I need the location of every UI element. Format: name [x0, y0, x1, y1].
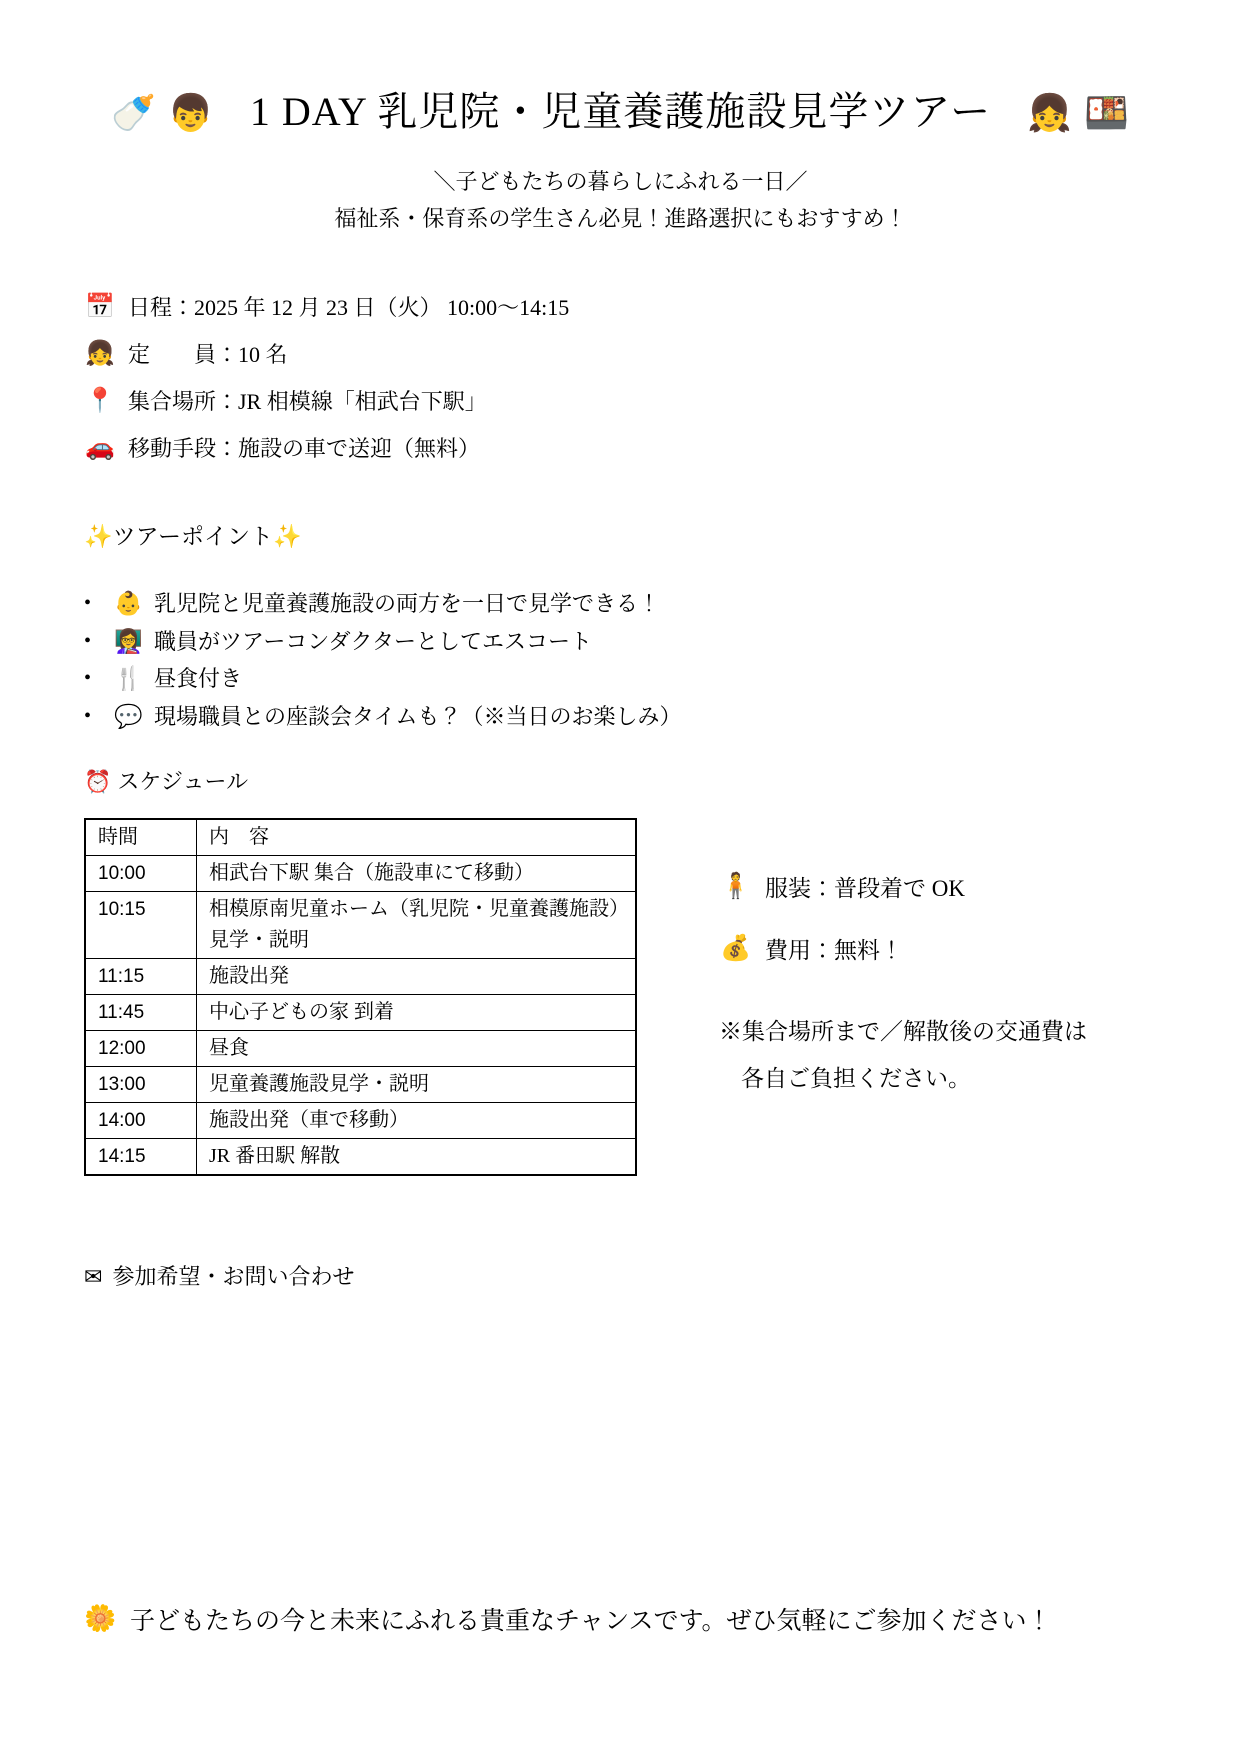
car-icon: 🚗: [84, 433, 116, 462]
remark-line-1: ※集合場所まで／解散後の交通費は: [719, 1008, 1157, 1055]
schedule-heading-text: スケジュール: [117, 769, 248, 794]
schedule-content-cell: 施設出発: [197, 959, 637, 995]
schedule-table: 時間 内 容 10:00 相武台下駅 集合（施設車にて移動） 10:15 相模原…: [84, 818, 637, 1176]
money-bag-icon: 💰: [719, 934, 753, 963]
list-bullet: •: [84, 698, 112, 736]
side-note-clothing-text: 服装：普段着で OK: [765, 870, 965, 903]
girl-icon: 👧: [1027, 93, 1073, 133]
event-details: 📅 日程：2025 年 12 月 23 日（火） 10:00～14:15 👧 定…: [84, 291, 1157, 462]
detail-item-meeting-place: 📍 集合場所：JR 相模線「相武台下駅」: [84, 385, 1157, 415]
schedule-row: 14:15 JR 番田駅 解散: [85, 1139, 636, 1176]
speech-balloon-icon: 💬: [112, 698, 154, 736]
detail-meeting-place-text: 集合場所：JR 相模線「相武台下駅」: [128, 385, 487, 416]
detail-item-capacity: 👧 定 員：10 名: [84, 338, 1157, 368]
schedule-content-cell: 中心子どもの家 到着: [197, 995, 637, 1031]
remark-line-2: 各自ご負担ください。: [719, 1055, 1157, 1102]
tour-point-text: 現場職員との座談会タイムも？（※当日のお楽しみ）: [154, 698, 682, 736]
schedule-time-cell: 10:00: [85, 856, 197, 892]
baby-icon: 👶: [112, 585, 154, 623]
list-bullet: •: [84, 585, 112, 623]
schedule-row: 11:45 中心子どもの家 到着: [85, 995, 636, 1031]
schedule-row: 13:00 児童養護施設見学・説明: [85, 1067, 636, 1103]
contact-heading: ✉参加希望・お問い合わせ: [84, 1260, 1157, 1291]
schedule-time-cell: 13:00: [85, 1067, 197, 1103]
subtitle: ＼子どもたちの暮らしにふれる一日／ 福祉系・保育系の学生さん必見！進路選択にもお…: [84, 163, 1157, 237]
detail-item-date: 📅 日程：2025 年 12 月 23 日（火） 10:00～14:15: [84, 291, 1157, 321]
tour-point-item: • 👶 乳児院と児童養護施設の両方を一日で見学できる！: [84, 585, 1157, 623]
tour-points-heading: ✨ツアーポイント✨: [84, 518, 1157, 551]
tour-point-text: 昼食付き: [154, 660, 242, 698]
flyer-page: 🍼 👦 1 DAY 乳児院・児童養護施設見学ツアー 👧 🍱 ＼子どもたちの暮らし…: [0, 0, 1241, 1755]
schedule-row: 10:15 相模原南児童ホーム（乳児院・児童養護施設）見学・説明: [85, 892, 636, 959]
tour-point-text: 職員がツアーコンダクターとしてエスコート: [154, 623, 592, 661]
envelope-icon: ✉: [84, 1264, 102, 1289]
detail-capacity-text: 定 員：10 名: [128, 338, 288, 369]
bento-box-icon: 🍱: [1084, 93, 1130, 133]
closing-message-text: 子どもたちの今と未来にふれる貴重なチャンスです。ぜひ気軽にご参加ください！: [130, 1601, 1052, 1637]
schedule-content-cell: 昼食: [197, 1031, 637, 1067]
schedule-col-content: 内 容: [197, 819, 637, 856]
schedule-content-cell: JR 番田駅 解散: [197, 1139, 637, 1176]
round-pushpin-icon: 📍: [84, 386, 116, 415]
page-title-text: 1 DAY 乳児院・児童養護施設見学ツアー: [250, 89, 991, 134]
list-bullet: •: [84, 660, 112, 698]
schedule-time-cell: 11:15: [85, 959, 197, 995]
tour-point-text: 乳児院と児童養護施設の両方を一日で見学できる！: [154, 585, 660, 623]
schedule-time-cell: 14:15: [85, 1139, 197, 1176]
schedule-header-row: 時間 内 容: [85, 819, 636, 856]
schedule-time-cell: 14:00: [85, 1103, 197, 1139]
schedule-section: 時間 内 容 10:00 相武台下駅 集合（施設車にて移動） 10:15 相模原…: [84, 818, 1157, 1176]
teacher-icon: 👩‍🏫: [112, 623, 154, 661]
schedule-content-cell: 相武台下駅 集合（施設車にて移動）: [197, 856, 637, 892]
detail-date-text: 日程：2025 年 12 月 23 日（火） 10:00～14:15: [128, 291, 569, 322]
tour-point-item: • 👩‍🏫 職員がツアーコンダクターとしてエスコート: [84, 623, 1157, 661]
subtitle-line-2: 福祉系・保育系の学生さん必見！進路選択にもおすすめ！: [84, 200, 1157, 237]
schedule-time-cell: 10:15: [85, 892, 197, 959]
calendar-icon: 📅: [84, 292, 116, 321]
girl-icon: 👧: [84, 339, 116, 368]
side-note-clothing: 🧍 服装：普段着で OK: [719, 870, 1157, 902]
closing-message: 🌼 子どもたちの今と未来にふれる貴重なチャンスです。ぜひ気軽にご参加ください！: [84, 1601, 1157, 1637]
contact-heading-text: 参加希望・お問い合わせ: [112, 1264, 354, 1289]
detail-transport-text: 移動手段：施設の車で送迎（無料）: [128, 432, 480, 463]
fork-and-knife-icon: 🍴: [112, 660, 154, 698]
transport-cost-remark: ※集合場所まで／解散後の交通費は 各自ご負担ください。: [719, 1008, 1157, 1102]
schedule-content-cell: 児童養護施設見学・説明: [197, 1067, 637, 1103]
schedule-col-time: 時間: [85, 819, 197, 856]
subtitle-line-1: ＼子どもたちの暮らしにふれる一日／: [84, 163, 1157, 200]
side-note-cost-text: 費用：無料！: [765, 932, 903, 965]
baby-bottle-icon: 🍼: [111, 93, 157, 133]
tour-point-item: • 🍴 昼食付き: [84, 660, 1157, 698]
schedule-row: 11:15 施設出発: [85, 959, 636, 995]
side-notes: 🧍 服装：普段着で OK 💰 費用：無料！ ※集合場所まで／解散後の交通費は 各…: [719, 818, 1157, 1102]
schedule-time-cell: 12:00: [85, 1031, 197, 1067]
tour-point-item: • 💬 現場職員との座談会タイムも？（※当日のお楽しみ）: [84, 698, 1157, 736]
schedule-content-cell: 施設出発（車で移動）: [197, 1103, 637, 1139]
schedule-time-cell: 11:45: [85, 995, 197, 1031]
schedule-row: 12:00 昼食: [85, 1031, 636, 1067]
side-note-cost: 💰 費用：無料！: [719, 932, 1157, 964]
alarm-clock-icon: ⏰: [84, 769, 111, 794]
page-title: 🍼 👦 1 DAY 乳児院・児童養護施設見学ツアー 👧 🍱: [84, 0, 1157, 137]
blossom-flower-icon: 🌼: [84, 1604, 120, 1634]
boy-icon: 👦: [168, 93, 214, 133]
schedule-row: 14:00 施設出発（車で移動）: [85, 1103, 636, 1139]
list-bullet: •: [84, 623, 112, 661]
schedule-heading: ⏰スケジュール: [84, 765, 1157, 796]
schedule-row: 10:00 相武台下駅 集合（施設車にて移動）: [85, 856, 636, 892]
person-standing-icon: 🧍: [719, 872, 753, 901]
detail-item-transport: 🚗 移動手段：施設の車で送迎（無料）: [84, 432, 1157, 462]
schedule-content-cell: 相模原南児童ホーム（乳児院・児童養護施設）見学・説明: [197, 892, 637, 959]
tour-points-list: • 👶 乳児院と児童養護施設の両方を一日で見学できる！ • 👩‍🏫 職員がツアー…: [84, 585, 1157, 735]
